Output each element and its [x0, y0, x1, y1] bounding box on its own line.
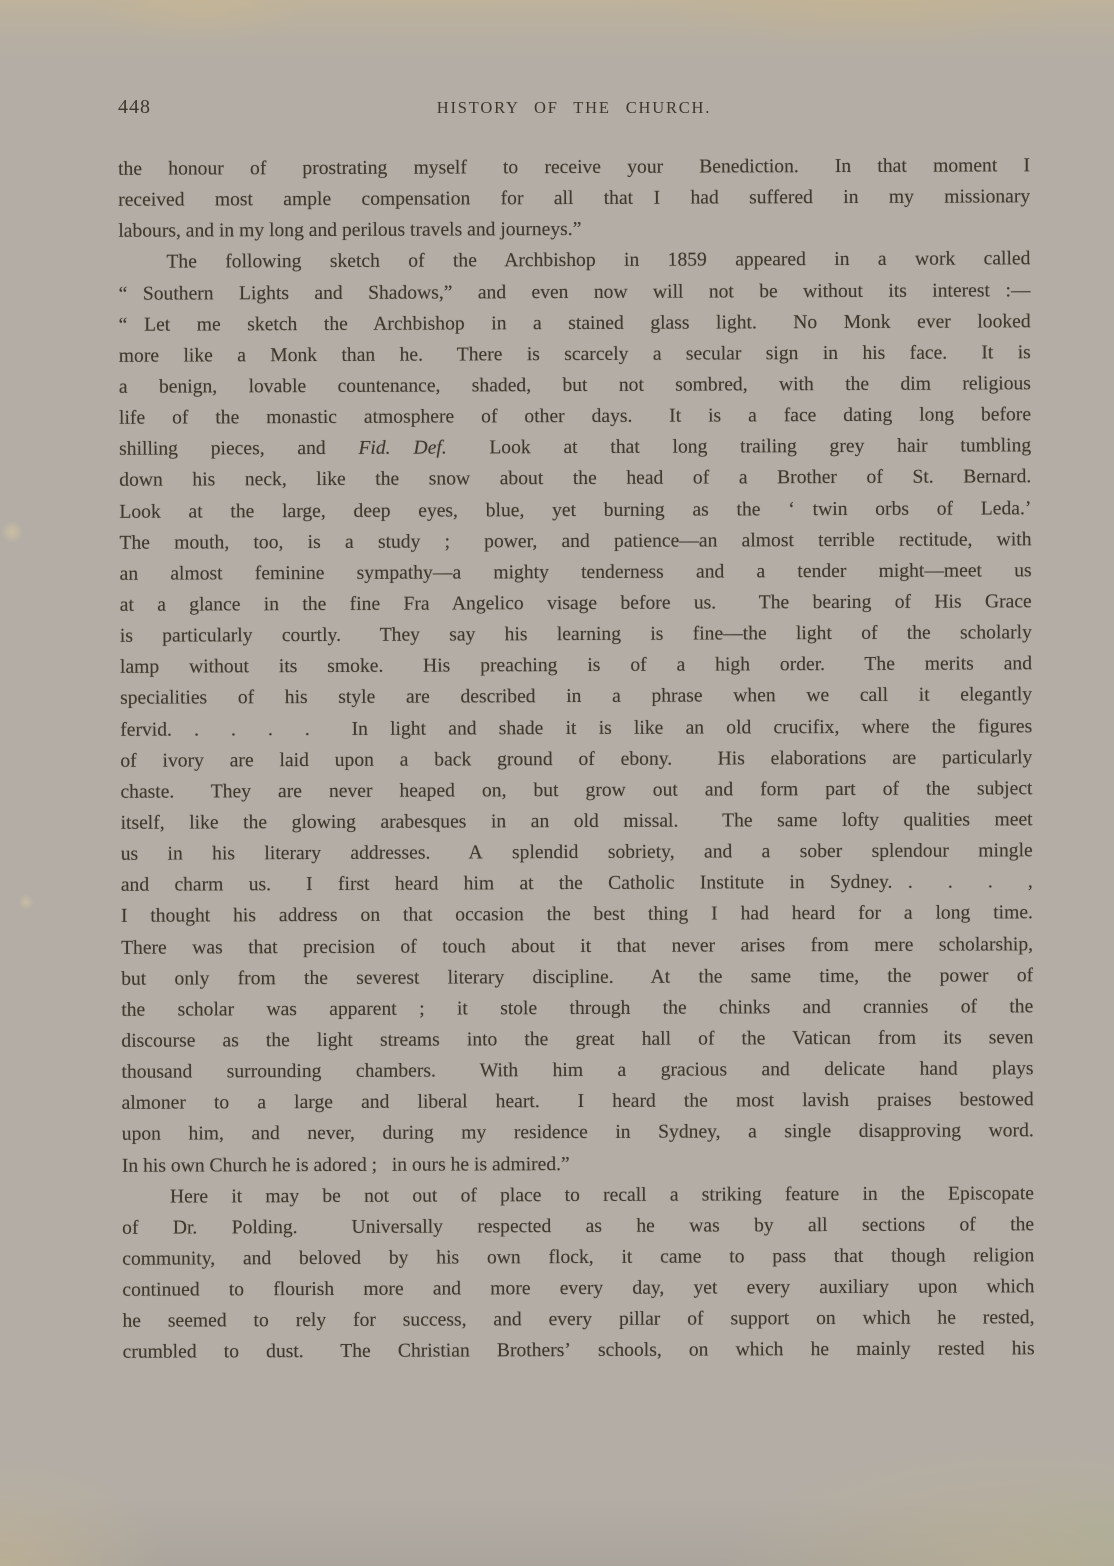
text-segment: of Dr. Polding. Universally respected as… — [122, 1214, 1034, 1239]
text-segment: shilling pieces, and — [119, 438, 358, 460]
text-segment: chaste. They are never heaped on, but gr… — [120, 778, 1032, 803]
text-segment: almoner to a large and liberal heart. I … — [122, 1089, 1034, 1114]
text-line: and charm us. I first heard him at the C… — [121, 866, 1033, 901]
text-segment: down his neck, like the snow about the h… — [119, 467, 1031, 492]
text-segment: fervid. . . . . In light and shade it is… — [120, 716, 1032, 741]
text-line: of ivory are laid upon a back ground of … — [120, 742, 1032, 777]
text-segment: discourse as the light streams into the … — [121, 1027, 1033, 1052]
text-line: down his neck, like the snow about the h… — [119, 462, 1031, 497]
text-line: The mouth, too, is a study ; power, and … — [119, 524, 1031, 559]
text-line: but only from the severest literary disc… — [121, 960, 1033, 995]
text-line: continued to flourish more and more ever… — [122, 1271, 1034, 1306]
text-segment: Look at that long trailing grey hair tum… — [447, 436, 1031, 459]
text-segment: at a glance in the fine Fra Angelico vis… — [120, 591, 1032, 616]
text-segment: There was that precision of touch about … — [121, 934, 1033, 959]
text-line: he seemed to rely for success, and every… — [122, 1302, 1034, 1337]
text-line: of Dr. Polding. Universally respected as… — [122, 1209, 1034, 1244]
text-line: at a glance in the fine Fra Angelico vis… — [120, 586, 1032, 621]
text-line: chaste. They are never heaped on, but gr… — [120, 773, 1032, 808]
text-segment: specialities of his style are described … — [120, 685, 1032, 710]
text-segment: continued to flourish more and more ever… — [122, 1276, 1034, 1301]
text-segment: the scholar was apparent ; it stole thro… — [121, 996, 1033, 1021]
text-line: a benign, lovable countenance, shaded, b… — [119, 368, 1031, 403]
text-segment: crumbled to dust. The Christian Brothers… — [123, 1339, 1035, 1364]
text-line: the honour of prostrating myself to rece… — [118, 150, 1030, 185]
text-line: There was that precision of touch about … — [121, 929, 1033, 964]
text-line: I thought his address on that occasion t… — [121, 898, 1033, 933]
text-segment: In his own Church he is adored ; in ours… — [122, 1154, 570, 1177]
text-segment: the honour of prostrating myself to rece… — [118, 155, 1030, 180]
paragraph: “ Let me sketch the Archbishop in a stai… — [119, 306, 1034, 1181]
book-page: 448 HISTORY OF THE CHURCH. the honour of… — [0, 0, 1114, 1566]
text-line: Here it may be not out of place to recal… — [122, 1178, 1034, 1213]
text-segment: community, and beloved by his own flock,… — [122, 1245, 1034, 1270]
text-line: thousand surrounding chambers. With him … — [121, 1053, 1033, 1088]
text-segment: “ Let me sketch the Archbishop in a stai… — [119, 311, 1031, 336]
text-line: almoner to a large and liberal heart. I … — [122, 1084, 1034, 1119]
text-line: The following sketch of the Archbishop i… — [118, 244, 1030, 279]
text-segment: us in his literary addresses. A splendid… — [121, 840, 1033, 865]
text-line: discourse as the light streams into the … — [121, 1022, 1033, 1057]
text-segment: Look at the large, deep eyes, blue, yet … — [119, 498, 1031, 523]
text-line: received most ample compensation for all… — [118, 181, 1030, 216]
text-line: labours, and in my long and perilous tra… — [118, 213, 1030, 248]
running-title: HISTORY OF THE CHURCH. — [118, 98, 1030, 118]
text-line: “ Let me sketch the Archbishop in a stai… — [119, 306, 1031, 341]
text-line: more like a Monk than he. There is scarc… — [119, 337, 1031, 372]
text-line: community, and beloved by his own flock,… — [122, 1240, 1034, 1275]
text-line: In his own Church he is adored ; in ours… — [122, 1147, 1034, 1182]
text-line: the scholar was apparent ; it stole thro… — [121, 991, 1033, 1026]
text-segment: lamp without its smoke. His preaching is… — [120, 653, 1032, 678]
text-segment: itself, like the glowing arabesques in a… — [121, 809, 1033, 834]
text-segment: and charm us. I first heard him at the C… — [121, 871, 1033, 896]
text-segment: I thought his address on that occasion t… — [121, 903, 1033, 928]
text-segment: life of the monastic atmosphere of other… — [119, 404, 1031, 429]
text-line: life of the monastic atmosphere of other… — [119, 399, 1031, 434]
text-segment: received most ample compensation for all… — [118, 186, 1030, 211]
page-header: 448 HISTORY OF THE CHURCH. — [118, 96, 1030, 122]
paragraph: Here it may be not out of place to recal… — [122, 1178, 1035, 1368]
text-line: is particularly courtly. They say his le… — [120, 617, 1032, 652]
text-line: itself, like the glowing arabesques in a… — [121, 804, 1033, 839]
text-segment: of ivory are laid upon a back ground of … — [120, 747, 1032, 772]
text-segment: thousand surrounding chambers. With him … — [121, 1058, 1033, 1083]
text-line: fervid. . . . . In light and shade it is… — [120, 711, 1032, 746]
paragraph: The following sketch of the Archbishop i… — [118, 244, 1030, 310]
text-line: us in his literary addresses. A splendid… — [121, 835, 1033, 870]
text-segment: labours, and in my long and perilous tra… — [118, 219, 581, 242]
paragraph: the honour of prostrating myself to rece… — [118, 150, 1030, 247]
text-segment: a benign, lovable countenance, shaded, b… — [119, 373, 1031, 398]
text-line: “ Southern Lights and Shadows,” and even… — [118, 275, 1030, 310]
text-segment: Here it may be not out of place to recal… — [170, 1183, 1034, 1207]
text-segment: he seemed to rely for success, and every… — [122, 1307, 1034, 1332]
text-line: specialities of his style are described … — [120, 680, 1032, 715]
text-segment: The mouth, too, is a study ; power, and … — [119, 529, 1031, 554]
text-line: shilling pieces, and Fid. Def. Look at t… — [119, 431, 1031, 466]
text-line: upon him, and never, during my residence… — [122, 1116, 1034, 1151]
text-segment: “ Southern Lights and Shadows,” and even… — [119, 280, 1031, 305]
text-segment: more like a Monk than he. There is scarc… — [119, 342, 1031, 367]
text-line: crumbled to dust. The Christian Brothers… — [123, 1334, 1035, 1369]
text-segment: is particularly courtly. They say his le… — [120, 622, 1032, 647]
text-segment: an almost feminine sympathy—a mighty ten… — [120, 560, 1032, 585]
text-segment: The following sketch of the Archbishop i… — [166, 249, 1030, 273]
italic-text: Fid. Def. — [358, 438, 446, 459]
text-line: an almost feminine sympathy—a mighty ten… — [120, 555, 1032, 590]
text-segment: but only from the severest literary disc… — [121, 965, 1033, 990]
text-segment: upon him, and never, during my residence… — [122, 1121, 1034, 1146]
text-block: the honour of prostrating myself to rece… — [118, 150, 1035, 1368]
text-line: lamp without its smoke. His preaching is… — [120, 648, 1032, 683]
text-line: Look at the large, deep eyes, blue, yet … — [119, 493, 1031, 528]
